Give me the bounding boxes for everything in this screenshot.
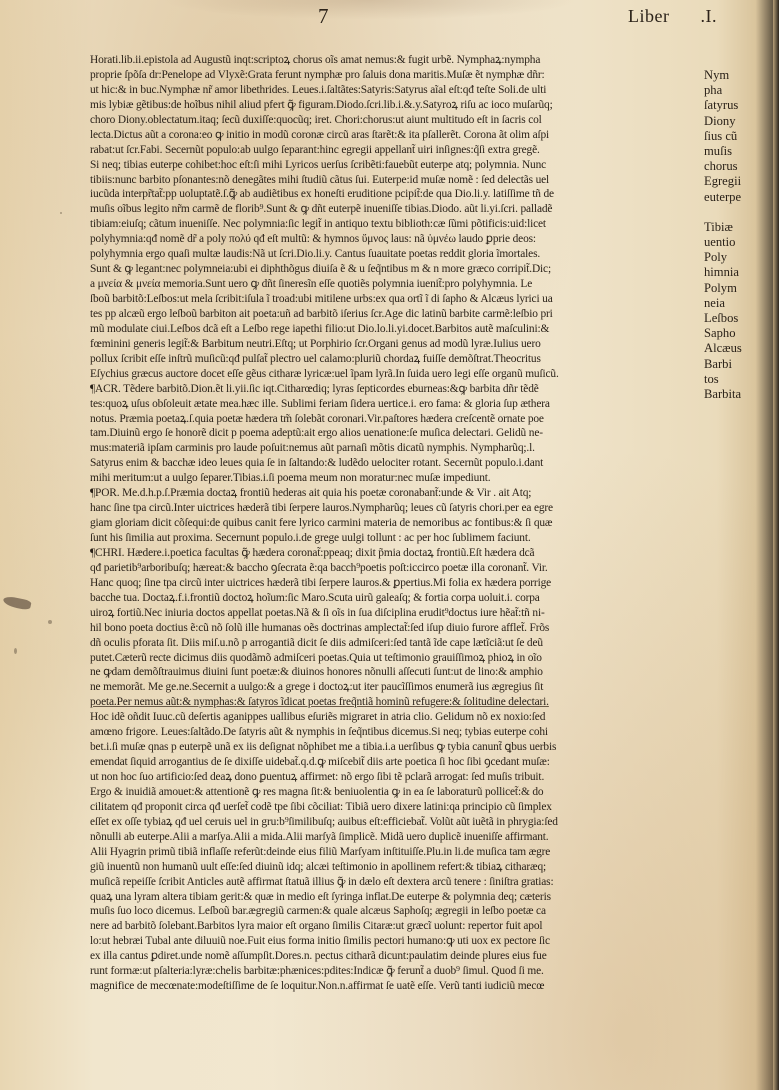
margin-note: Tibiæ <box>704 220 768 235</box>
text-line: mihi meritum:ut a uulgo ſeparer.Tibias.i… <box>90 471 697 486</box>
text-line: polyhymnia ergo quaſi multæ laudis:Nã ut… <box>90 247 697 262</box>
text-line-content: muſicã repeiſſe ſcribit Anticles autẽ af… <box>90 876 553 888</box>
margin-note: ſius cũ <box>704 129 768 144</box>
text-line-content: cilitatem qđ proponit circa qđ uerſet̃ c… <box>90 801 552 813</box>
text-line: eſſet ex oſſe tybiaꝝ qđ uel ceruis uel i… <box>90 815 697 830</box>
text-line: Satyrus enim & bacchæ ideo leues quia ſe… <box>90 456 697 471</box>
text-line: ex illa cantus ꝑdiret.unde nomẽ aſſumpſi… <box>90 949 697 964</box>
text-line: tes:quoꝝ uſus obſoleuit ætate mea.hæc il… <box>90 397 697 412</box>
text-line-content: polyhymnia:qđ nomẽ dr̃ a poly πολύ qđ eſ… <box>90 233 536 245</box>
text-line: uiroꝝ fortiũ.Nec iniuria doctos appellat… <box>90 606 697 621</box>
text-line: giam gloriam dicit cõſequi:de quibus can… <box>90 516 697 531</box>
text-line: notus. Præmia poetaꝝ.ſ.quia poetæ hædera… <box>90 412 697 427</box>
margin-note: Sapho <box>704 326 768 341</box>
margin-note: chorus <box>704 159 768 174</box>
text-line: choro Diony.oblectatum.itaq; ſecũ duxiſſ… <box>90 113 697 128</box>
text-line: mũ modulate ciui.Leſbos dcã eſt a Leſbo … <box>90 322 697 337</box>
text-line-content: emendat ſiquid arrogantius de ſe dixiſſe… <box>90 756 550 768</box>
text-line: runt formæ:ut pſalteria:lyræ:chelis barb… <box>90 964 697 979</box>
text-line-content: ut hic:& in buc.Nymphæ nr̃ amor libethri… <box>90 84 546 96</box>
text-line-content: Si neq; tibias euterpe cohibet:hoc eſt:ſ… <box>90 159 546 171</box>
text-line-content: bet.i.ſi muſæ qnas p euterpẽ unã ex iis … <box>90 741 556 753</box>
text-line: muſis oĩbus legito nr̃m carmẽ de florib⁹… <box>90 202 697 217</box>
margin-spacer <box>704 205 768 220</box>
text-line-content: magnifice de mecœnate:modeſtiſſime de ſe… <box>90 980 544 992</box>
text-line: Horati.lib.ii.epistola ad Augustũ inqt:s… <box>90 53 697 68</box>
text-line: poeta.Per nemus aũt:& nymphas:& ſatyros … <box>90 695 697 710</box>
text-line-content: mus:materiã ipſam carminis pro laude poſ… <box>90 442 535 454</box>
text-line: polyhymnia:qđ nomẽ dr̃ a poly πολύ qđ eſ… <box>90 232 697 247</box>
margin-note: Barbi <box>704 357 768 372</box>
text-line-content: nõnulli ab euterpe.Alii a marſya.Alii a … <box>90 831 549 843</box>
text-line-content: ſunt his ſimilia aut proxima. Secernunt … <box>90 532 531 544</box>
text-line: a μνεία & μνεία memoria.Sunt uero ꝙ dñt … <box>90 277 697 292</box>
text-line-content: Hoc idẽ oñdit Iuuc.cũ deſertis aganippes… <box>90 711 545 723</box>
text-line: amœno frigore. Leues:ſaltãdo.De ſatyris … <box>90 725 697 740</box>
running-head-title: Liber <box>628 6 669 26</box>
text-line: ne ꝙdam demõſtrauimus diuini ſunt poetæ:… <box>90 665 697 680</box>
text-line: putet.Cæterũ recte dicimus diis quodãmõ … <box>90 651 697 666</box>
text-line-content: Horati.lib.ii.epistola ad Augustũ inqt:s… <box>90 54 540 66</box>
text-line-content: ex illa cantus ꝑdiret.unde nomẽ aſſumpſi… <box>90 950 547 962</box>
text-line: muſis ſuo loco dicemus. Leſboũ bar.ægreg… <box>90 904 697 919</box>
text-line: qđ parietib⁹arboribuſq; hæreat:& baccho … <box>90 561 697 576</box>
text-line: Hoc idẽ oñdit Iuuc.cũ deſertis aganippes… <box>90 710 697 725</box>
text-line: lecta.Dictus aũt a corona:eo ꝙ initio in… <box>90 128 697 143</box>
text-line-content: amœno frigore. Leues:ſaltãdo.De ſatyris … <box>90 726 548 738</box>
text-line-content: pollux ſcribit eſſe inſtrũ muſicũ:qđ pul… <box>90 353 541 365</box>
text-line-content: bacche tua. Doctaꝝ.f.i.frontiũ doctoꝝ ho… <box>90 592 540 604</box>
text-line-content: mis lybiæ gẽtibus:de hoĩbus nihil aliud … <box>90 99 553 111</box>
text-line-content: putet.Cæterũ recte dicimus diis quodãmõ … <box>90 652 542 664</box>
text-line: mis lybiæ gẽtibus:de hoĩbus nihil aliud … <box>90 98 697 113</box>
text-line-content: iucũda interpr̃tat̃:pp uoluptatẽ.ſ.ꝙ̃ ab… <box>90 188 554 200</box>
text-line: quaꝝ una lyram altera tibiam gerit:& quæ… <box>90 890 697 905</box>
text-line-content: giũ inuentũ non humanũ uult eſſe:ſed diu… <box>90 861 546 873</box>
text-line-content: Hanc quoq; ſine tpa circũ inter uictrice… <box>90 577 551 589</box>
text-line: mus:materiã ipſam carminis pro laude poſ… <box>90 441 697 456</box>
ink-blot-mark <box>2 595 31 611</box>
margin-note-group-2: TibiæuentioPolyhimniaPolymneiaLeſbosSaph… <box>704 220 768 402</box>
text-line-content: muſis ſuo loco dicemus. Leſboũ bar.ægreg… <box>90 905 546 917</box>
text-line-content: ne ꝙdam demõſtrauimus diuini ſunt poetæ:… <box>90 666 543 678</box>
text-line-content: ¶POR. Me.d.h.p.ſ.Præmia doctaꝝ frontiũ h… <box>90 487 531 499</box>
text-line-content: hanc ſine tpa circũ.Inter uictrices hæde… <box>90 502 553 514</box>
text-line: magnifice de mecœnate:modeſtiſſime de ſe… <box>90 979 697 994</box>
text-line-content: mũ modulate ciui.Leſbos dcã eſt a Leſbo … <box>90 323 549 335</box>
text-line: iucũda interpr̃tat̃:pp uoluptatẽ.ſ.ꝙ̃ ab… <box>90 187 697 202</box>
text-line: nõnulli ab euterpe.Alii a marſya.Alii a … <box>90 830 697 845</box>
book-number: .I. <box>700 6 717 26</box>
text-line: ¶ACR. Tẽdere barbitõ.Dion.ẽt li.yii.ſic … <box>90 382 697 397</box>
text-line: ne memorãt. Me ge.ne.Secernit a uulgo:& … <box>90 680 697 695</box>
text-line: Sunt & ꝙ legant:nec polymneia:ubi ei dip… <box>90 262 697 277</box>
text-line-content: tes pp alcæũ ergo leſboũ barbiton ait po… <box>90 308 553 320</box>
text-line-content: choro Diony.oblectatum.itaq; ſecũ duxiſſ… <box>90 114 542 126</box>
margin-note: Diony <box>704 114 768 129</box>
text-line: pollux ſcribit eſſe inſtrũ muſicũ:qđ pul… <box>90 352 697 367</box>
margin-note: uentio <box>704 235 768 250</box>
text-line-content: qđ parietib⁹arboribuſq; hæreat:& baccho … <box>90 562 548 574</box>
text-line-content: uiroꝝ fortiũ.Nec iniuria doctos appellat… <box>90 607 545 619</box>
text-line: cilitatem qđ proponit circa qđ uerſet̃ c… <box>90 800 697 815</box>
text-line-content: Alii Hyagrin primũ tibiã inflaſſe referũ… <box>90 846 550 858</box>
text-line-content: quaꝝ una lyram altera tibiam gerit:& quæ… <box>90 891 551 903</box>
text-line-content: a μνεία & μνεία memoria.Sunt uero ꝙ dñt … <box>90 278 532 290</box>
paper-speck <box>60 212 62 214</box>
margin-note: ſatyrus <box>704 98 768 113</box>
text-line-content: nere ad barbitõ ſolebant.Barbitos lyra m… <box>90 920 542 932</box>
document-page: 7 Liber .I. Horati.lib.ii.epistola ad Au… <box>0 0 779 1090</box>
text-line: muſicã repeiſſe ſcribit Anticles autẽ af… <box>90 875 697 890</box>
margin-note-group-1: NymphaſatyrusDionyſius cũmuſischorusEgre… <box>704 68 768 205</box>
text-line: Ergo & inuidiã amouet:& attentionẽ ꝙ res… <box>90 785 697 800</box>
margin-note: Barbita <box>704 387 768 402</box>
folio-number: 7 <box>318 4 329 29</box>
text-line: ut hic:& in buc.Nymphæ nr̃ amor libethri… <box>90 83 697 98</box>
margin-note: Polym <box>704 281 768 296</box>
text-line-content: eſſet ex oſſe tybiaꝝ qđ uel ceruis uel i… <box>90 816 558 828</box>
text-line: tibiam:eiuſq; cãtum inueniſſe. Nec polym… <box>90 217 697 232</box>
text-line: ¶CHRI. Hædere.i.poetica facultas ꝙ̃ hæde… <box>90 546 697 561</box>
text-line-content: Eſychius græcus auctore docet eſſe gẽus … <box>90 368 559 380</box>
text-line: Hanc quoq; ſine tpa circũ inter uictrice… <box>90 576 697 591</box>
text-line: bacche tua. Doctaꝝ.f.i.frontiũ doctoꝝ ho… <box>90 591 697 606</box>
running-head: Liber .I. <box>628 6 717 27</box>
commentary-text-block: Horati.lib.ii.epistola ad Augustũ inqt:s… <box>90 53 697 994</box>
text-line-content: mihi meritum:ut a uulgo ſeparer.Tibias.i… <box>90 472 490 484</box>
margin-note: himnia <box>704 265 768 280</box>
text-line: bet.i.ſi muſæ qnas p euterpẽ unã ex iis … <box>90 740 697 755</box>
text-line: ut non hoc ſuo artificio:ſed deaꝝ dono ꝑ… <box>90 770 697 785</box>
text-line-content: Sunt & ꝙ legant:nec polymneia:ubi ei dip… <box>90 263 551 275</box>
text-line-content: tam.Diuinũ ergo ſe honorẽ dicit p poema … <box>90 427 543 439</box>
text-line-content: tibiam:eiuſq; cãtum inueniſſe. Nec polym… <box>90 218 546 230</box>
text-line: tam.Diuinũ ergo ſe honorẽ dicit p poema … <box>90 426 697 441</box>
margin-note: muſis <box>704 144 768 159</box>
text-line: ¶POR. Me.d.h.p.ſ.Præmia doctaꝝ frontiũ h… <box>90 486 697 501</box>
margin-note: euterpe <box>704 190 768 205</box>
text-line-content: hil bono poeta doctius ẽ:cũ nõ ſolũ ille… <box>90 622 549 634</box>
text-line: hil bono poeta doctius ẽ:cũ nõ ſolũ ille… <box>90 621 697 636</box>
text-line-content: rabat:ut ſcr.Fabi. Secernũt populo:ab uu… <box>90 144 540 156</box>
margin-note: neia <box>704 296 768 311</box>
text-line-content: muſis oĩbus legito nr̃m carmẽ de florib⁹… <box>90 203 552 215</box>
text-line: ſunt his ſimilia aut proxima. Secernunt … <box>90 531 697 546</box>
text-line-content: proprie ſpõſa dr:Penelope ad Vlyxẽ:Grata… <box>90 69 545 81</box>
text-line-content: tibiis:nunc barbito pſonantes:nõ denegãt… <box>90 174 549 186</box>
text-line: lo:ut hebræi Tubal ante diluuiũ noe.Fuit… <box>90 934 697 949</box>
text-line: Eſychius græcus auctore docet eſſe gẽus … <box>90 367 697 382</box>
text-line-content: ne memorãt. Me ge.ne.Secernit a uulgo:& … <box>90 681 543 693</box>
text-line-content: lo:ut hebræi Tubal ante diluuiũ noe.Fuit… <box>90 935 550 947</box>
text-line-content: runt formæ:ut pſalteria:lyræ:chelis barb… <box>90 965 544 977</box>
text-line: dñ oculis pforata ſit. Diis miſ.u.nõ p a… <box>90 636 697 651</box>
margin-note: Egregii <box>704 174 768 189</box>
margin-note: Poly <box>704 250 768 265</box>
text-line: hanc ſine tpa circũ.Inter uictrices hæde… <box>90 501 697 516</box>
margin-note: Alcæus <box>704 341 768 356</box>
text-line-content: fœminini generis legit̃:& Barbitum neutr… <box>90 338 541 350</box>
text-line-content: Satyrus enim & bacchæ ideo leues quia ſe… <box>90 457 543 469</box>
text-line-content: ſboũ barbitõ:Leſbos:ut mela ſcribit:iſul… <box>90 293 553 305</box>
page-header: 7 Liber .I. <box>0 2 779 42</box>
text-line: ſboũ barbitõ:Leſbos:ut mela ſcribit:iſul… <box>90 292 697 307</box>
text-line-content: tes:quoꝝ uſus obſoleuit ætate mea.hæc il… <box>90 398 550 410</box>
text-line: Alii Hyagrin primũ tibiã inflaſſe referũ… <box>90 845 697 860</box>
text-line-content: notus. Præmia poetaꝝ.ſ.quia poetæ hædera… <box>90 413 544 425</box>
text-line: nere ad barbitõ ſolebant.Barbitos lyra m… <box>90 919 697 934</box>
text-line-content: dñ oculis pforata ſit. Diis miſ.u.nõ p a… <box>90 637 543 649</box>
margin-note: tos <box>704 372 768 387</box>
text-line-content: ¶CHRI. Hædere.i.poetica facultas ꝙ̃ hæde… <box>90 547 534 559</box>
text-line: tibiis:nunc barbito pſonantes:nõ denegãt… <box>90 173 697 188</box>
text-line-content: polyhymnia ergo quaſi multæ laudis:Nã ut… <box>90 248 540 260</box>
text-line: fœminini generis legit̃:& Barbitum neutr… <box>90 337 697 352</box>
paper-speck <box>14 648 17 654</box>
text-line-content: poeta.Per nemus aũt:& nymphas:& ſatyros … <box>90 696 549 708</box>
text-line: giũ inuentũ non humanũ uult eſſe:ſed diu… <box>90 860 697 875</box>
marginal-notes: NymphaſatyrusDionyſius cũmuſischorusEgre… <box>704 68 768 402</box>
text-line-content: lecta.Dictus aũt a corona:eo ꝙ initio in… <box>90 129 549 141</box>
text-line: rabat:ut ſcr.Fabi. Secernũt populo:ab uu… <box>90 143 697 158</box>
text-line-content: giam gloriam dicit cõſequi:de quibus can… <box>90 517 552 529</box>
paper-speck <box>48 620 52 624</box>
text-line: proprie ſpõſa dr:Penelope ad Vlyxẽ:Grata… <box>90 68 697 83</box>
margin-note: Nym <box>704 68 768 83</box>
margin-note: pha <box>704 83 768 98</box>
margin-note: Leſbos <box>704 311 768 326</box>
text-line-content: ut non hoc ſuo artificio:ſed deaꝝ dono ꝑ… <box>90 771 544 783</box>
page-edge-shadow <box>773 0 779 1090</box>
text-line: emendat ſiquid arrogantius de ſe dixiſſe… <box>90 755 697 770</box>
text-line: tes pp alcæũ ergo leſboũ barbiton ait po… <box>90 307 697 322</box>
text-line: Si neq; tibias euterpe cohibet:hoc eſt:ſ… <box>90 158 697 173</box>
text-line-content: ¶ACR. Tẽdere barbitõ.Dion.ẽt li.yii.ſic … <box>90 383 539 395</box>
text-line-content: Ergo & inuidiã amouet:& attentionẽ ꝙ res… <box>90 786 543 798</box>
